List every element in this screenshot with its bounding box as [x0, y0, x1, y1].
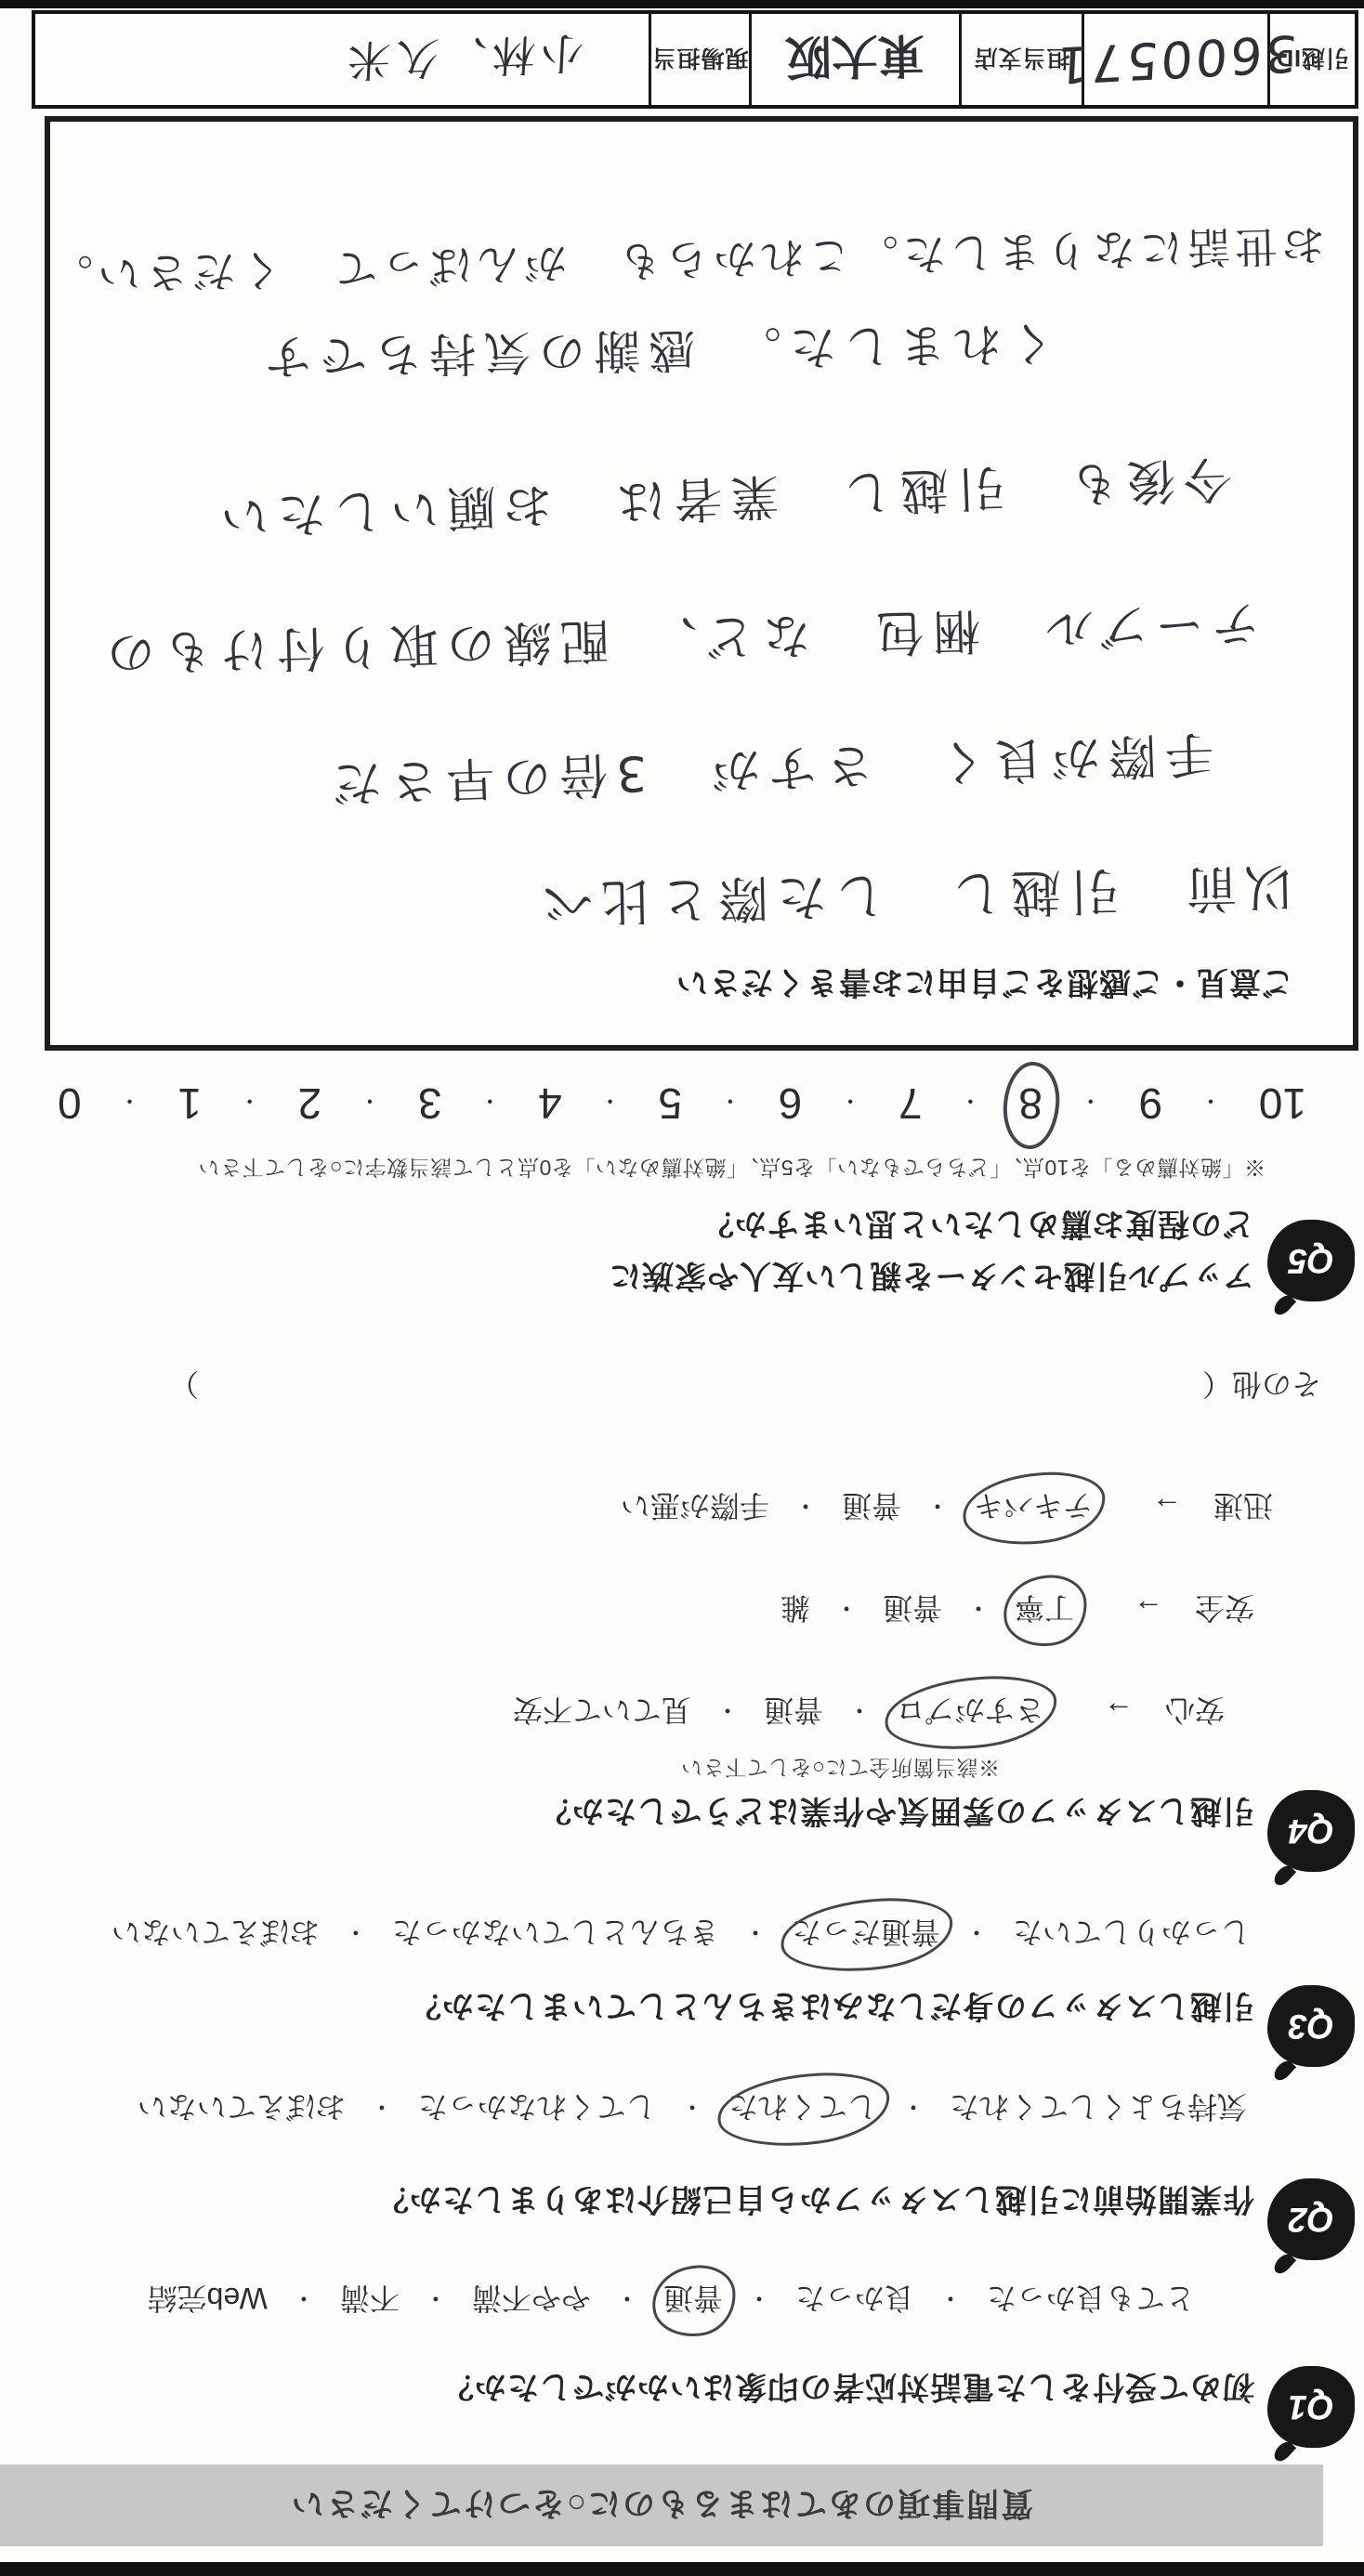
q2-badge: Q2 [1267, 2178, 1355, 2260]
handwritten-comment-line: くれました。 感謝の気持ちです [256, 313, 1056, 394]
option-separator: ・ [292, 2283, 316, 2318]
option-separator: ・ [599, 1088, 622, 1120]
survey-header-bar: 質問事項のあてはまるものに○をつけてください [0, 2465, 1323, 2546]
option-circled: 普通 [660, 2277, 727, 2323]
option-separator: ・ [615, 2283, 639, 2318]
q5-question-line1: アップル引越センターを親しい友人や家族に [609, 1256, 1254, 1301]
branch-handwritten-value: 東大阪 [785, 25, 925, 95]
option: おぼえていない [108, 1911, 323, 1957]
q3-options: しっかりしていた・普通だった・きちんとしていなかった・おぼえていない [108, 1911, 1254, 1957]
option-separator: ・ [344, 1917, 368, 1952]
option: してくれなかった [414, 2086, 660, 2132]
q5-badge-label: Q5 [1288, 1241, 1333, 1280]
option-separator: ・ [715, 1695, 740, 1730]
q1-badge: Q1 [1267, 2366, 1355, 2448]
q4-row-options: 丁寧・普通・雑 [777, 1587, 1078, 1633]
option-separator: ・ [118, 1088, 140, 1120]
option: 6 [775, 1077, 807, 1131]
q4-other-close-paren: ） [169, 1365, 199, 1407]
q4-row-options: さすがプロ・普通・見ていて不安 [509, 1689, 1048, 1735]
arrow-icon: → [1152, 1491, 1182, 1525]
option-separator: ・ [925, 1491, 950, 1525]
option-separator: ・ [747, 2283, 771, 2318]
option: 不満 [336, 2277, 403, 2323]
option: 5 [654, 1077, 686, 1131]
q1-badge-label: Q1 [1288, 2387, 1333, 2426]
arrow-icon: → [1134, 1593, 1163, 1628]
comment-box-header: ご意見・ご感想をご自由にお書きください [675, 962, 1293, 1008]
q1-question: 初めて受付をした電話対応者の印象はいかがでしたか？ [441, 2367, 1254, 2413]
option: 気持ちよくしてくれた [946, 2086, 1251, 2132]
option: 7 [895, 1077, 926, 1131]
option-separator: ・ [743, 1917, 767, 1952]
q4-row-options: テキパキ・普通・手際が悪い [617, 1484, 1096, 1531]
option: しっかりしていた [1009, 1911, 1254, 1957]
staff-label-cell: 現場担当 [649, 14, 749, 105]
option-circled: してくれた [725, 2086, 881, 2132]
q3-question: 引越しスタッフの身だしなみはきちんとしていましたか？ [409, 1986, 1254, 2032]
option: 普通 [838, 1484, 905, 1531]
option-separator: ・ [959, 1088, 981, 1120]
option: 10 [1255, 1077, 1310, 1131]
footer-id-table: 引越ID 3600571 担当支店 東大阪 現場担当 小林、久米 [32, 10, 1358, 109]
q4-row-anzen: 安全 → 丁寧・普通・雑 [777, 1587, 1254, 1633]
option: 手際が悪い [617, 1484, 773, 1531]
staff-value-cell: 小林、久米 [35, 14, 649, 105]
q4-other-open-paren: （ [1202, 1365, 1232, 1407]
option-separator: ・ [901, 2092, 925, 2126]
option-separator: ・ [964, 1917, 989, 1952]
option: やや不満 [468, 2277, 595, 2323]
arrow-icon: → [1104, 1695, 1134, 1730]
option: 4 [534, 1077, 566, 1131]
option: Web完結 [144, 2277, 271, 2323]
handwritten-comment-line: テーブル 梱包 など、 配線の取り付けもの [98, 593, 1261, 693]
option: とても良かった [983, 2277, 1199, 2323]
option: 普通 [879, 1587, 946, 1633]
option: 1 [174, 1077, 205, 1131]
q4-row-jinsoku: 迅速 → テキパキ・普通・手際が悪い [617, 1484, 1273, 1531]
option-separator: ・ [966, 1593, 990, 1628]
option-circled: 普通だった [788, 1911, 944, 1957]
q3-badge: Q3 [1267, 1985, 1355, 2067]
q4-badge: Q4 [1267, 1790, 1355, 1872]
option-circled: 丁寧 [1011, 1587, 1078, 1633]
q4-row-label: 安全 [1195, 1589, 1254, 1631]
option: きちんとしていなかった [388, 1911, 723, 1957]
nps-scale: 10・9・8・7・6・5・4・3・2・1・0 [54, 1077, 1310, 1131]
q4-row-label: 迅速 [1213, 1486, 1273, 1529]
q4-row-label: 安心 [1165, 1691, 1225, 1733]
comment-box: ご意見・ご感想をご自由にお書きください 以前 引越し した際と比べ 手際が良く … [45, 116, 1358, 1051]
rotated-sheet: 質問事項のあてはまるものに○をつけてください Q1 初めて受付をした電話対応者の… [0, 0, 1364, 2576]
move-id-handwritten-value: 3600571 [1053, 24, 1298, 96]
scan-edge [0, 0, 1364, 8]
option: 9 [1135, 1077, 1167, 1131]
option-separator: ・ [793, 1491, 818, 1525]
option: 3 [414, 1077, 446, 1131]
move-id-value-cell: 3600571 [1082, 14, 1267, 105]
branch-value-cell: 東大阪 [749, 14, 959, 105]
q5-note: ※「絶対薦める」を10点、「どちらでもない」を5点、「絶対薦めない」を0点として… [198, 1154, 1266, 1184]
q2-options: 気持ちよくしてくれた・してくれた・してくれなかった・おぼえていない [134, 2086, 1251, 2132]
option: 見ていて不安 [509, 1689, 695, 1735]
q4-row-anshin: 安心 → さすがプロ・普通・見ていて不安 [509, 1689, 1225, 1735]
q2-badge-label: Q2 [1288, 2200, 1333, 2239]
option-separator: ・ [479, 1088, 501, 1120]
option-separator: ・ [239, 1088, 261, 1120]
option-separator: ・ [839, 1088, 861, 1120]
option: 0 [54, 1077, 85, 1131]
q1-options: とても良かった・良かった・普通・やや不満・不満・Web完結 [144, 2277, 1199, 2323]
option: 雑 [777, 1587, 814, 1633]
option-separator: ・ [1200, 1088, 1222, 1120]
staff-handwritten-value: 小林、久米 [340, 24, 584, 94]
scan-edge [0, 2562, 1364, 2576]
q3-badge-label: Q3 [1288, 2007, 1333, 2046]
option-separator: ・ [847, 1695, 872, 1730]
q5-badge: Q5 [1267, 1220, 1355, 1301]
q2-question: 作業開始前に引越しスタッフから自己紹介はありましたか？ [376, 2179, 1254, 2225]
option-circled: テキパキ [970, 1484, 1096, 1531]
q5-question-line2: どの程度お薦めしたいと思いますか？ [702, 1204, 1254, 1249]
option: 普通 [760, 1689, 827, 1735]
option-separator: ・ [834, 1593, 859, 1628]
option: 良かった [792, 2277, 918, 2323]
q4-other-label: その他 [1232, 1365, 1321, 1407]
q4-other-row: その他 （ ） [169, 1365, 1321, 1407]
option: おぼえていない [134, 2086, 349, 2132]
scanned-survey-page: 質問事項のあてはまるものに○をつけてください Q1 初めて受付をした電話対応者の… [0, 0, 1364, 2576]
handwritten-comment-line: 今後も 引越し 業者は お願いしたい [211, 448, 1233, 556]
staff-label: 現場担当 [652, 43, 749, 76]
option: 2 [295, 1077, 326, 1131]
option-separator: ・ [938, 2283, 963, 2318]
option-separator: ・ [359, 1088, 381, 1120]
survey-header-title: 質問事項のあてはまるものに○をつけてください [290, 2482, 1033, 2529]
handwritten-comment-line: 手際が良く さすが 3倍の早さだ [323, 723, 1214, 823]
q4-question: 引越しスタッフの雰囲気や作業はどうでしたか？ [539, 1791, 1254, 1837]
option-circled: 8 [1015, 1077, 1046, 1131]
handwritten-comment-line: 以前 引越し した際と比べ [533, 855, 1295, 942]
option-separator: ・ [719, 1088, 741, 1120]
option-circled: さすがプロ [892, 1689, 1048, 1735]
q4-note: ※該当箇所全てに○をして下さい [681, 1754, 1000, 1785]
option-separator: ・ [1080, 1088, 1102, 1120]
option-separator: ・ [424, 2283, 448, 2318]
handwritten-comment-line: お世話になりました。これからも がんばって ください。 [46, 216, 1326, 309]
option-separator: ・ [370, 2092, 394, 2126]
option-separator: ・ [680, 2092, 704, 2126]
q4-badge-label: Q4 [1288, 1811, 1333, 1850]
